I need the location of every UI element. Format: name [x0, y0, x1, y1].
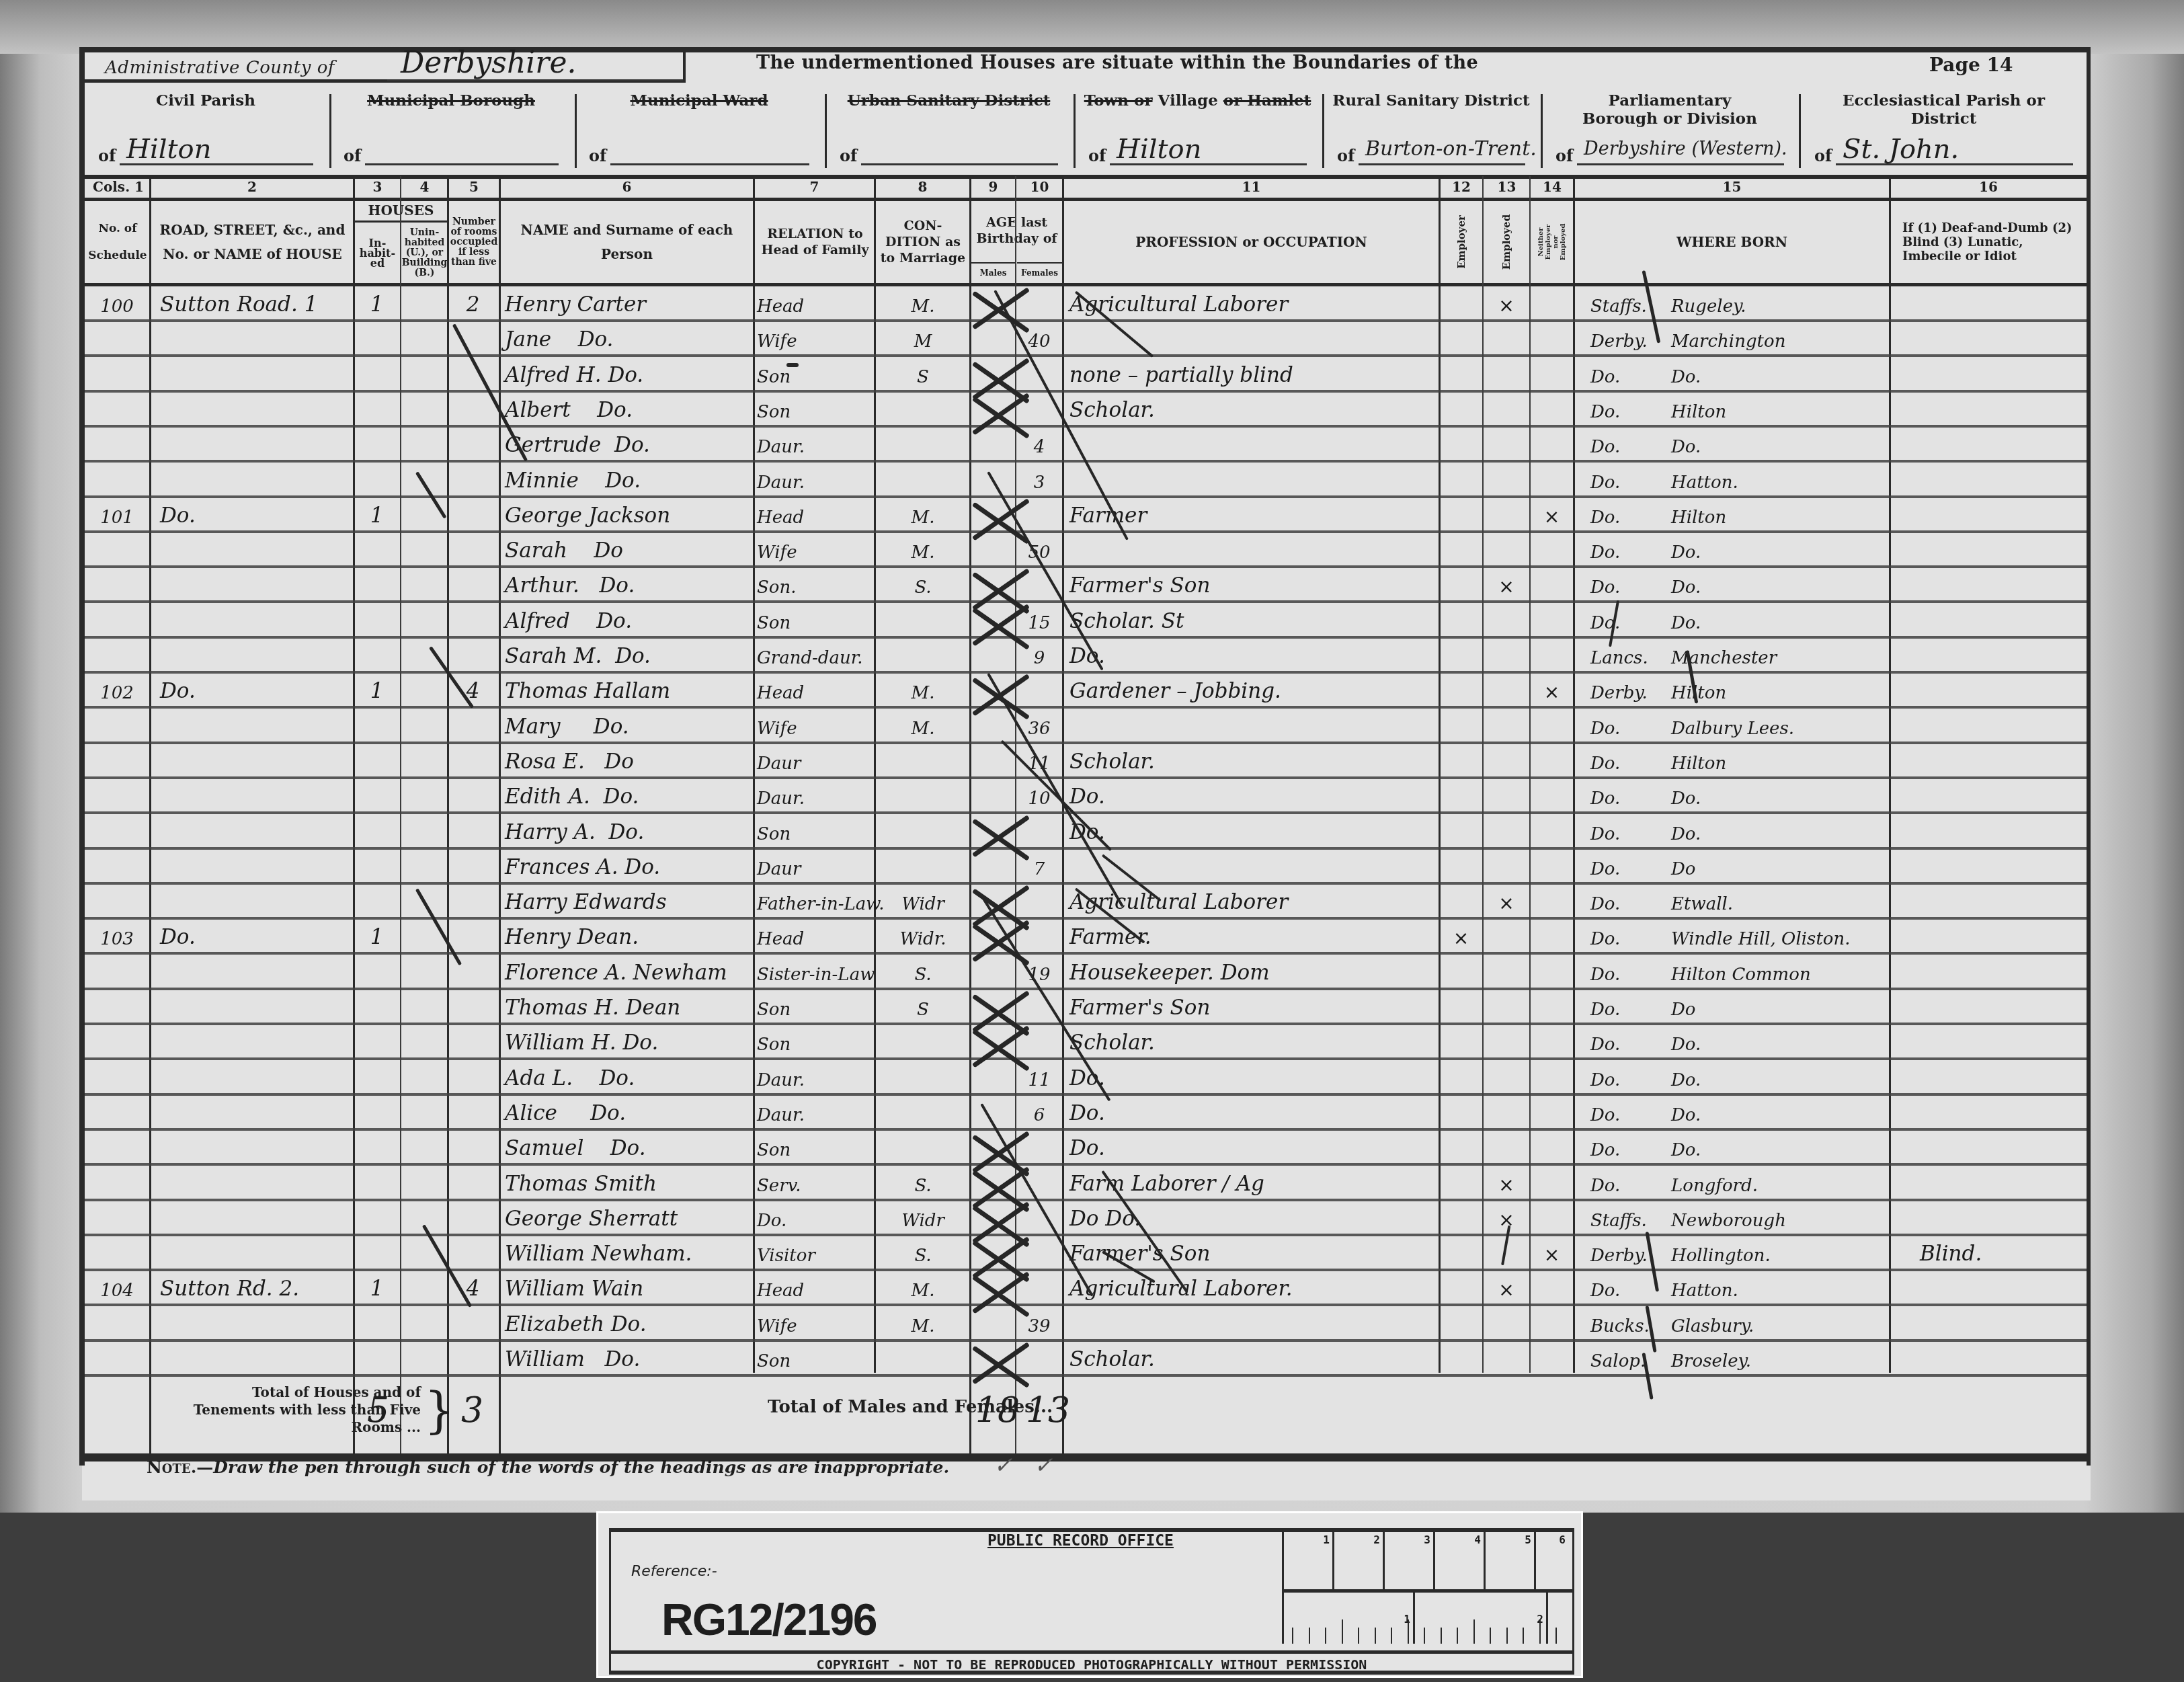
- cell-neither: [1531, 1201, 1573, 1235]
- cell-neither: [1531, 709, 1573, 743]
- cell-uninhabited: [400, 393, 447, 426]
- cell-condition: M.: [877, 1307, 969, 1340]
- cell-road: [156, 1201, 358, 1235]
- district-civil-parish: Civil Parish of Hilton: [85, 82, 327, 175]
- header-name: NAME and Surname of each Person: [511, 202, 743, 282]
- header-uninhabited: Unin-habited (U.), or Building (B.): [402, 223, 447, 282]
- cell-rooms: [447, 744, 499, 778]
- cell-neither: [1531, 568, 1573, 602]
- ruler-cell: 2: [1334, 1532, 1385, 1589]
- cell-neither: [1531, 287, 1573, 321]
- cell-condition: [877, 1342, 969, 1375]
- cell-schedule: [85, 358, 149, 391]
- cell-neither: [1531, 393, 1573, 426]
- district-value: Derbyshire (Western).: [1584, 134, 1787, 164]
- cell-employer: [1440, 1236, 1482, 1270]
- cell-inhabited: [354, 533, 400, 567]
- cell-employed: [1484, 393, 1529, 426]
- cell-infirmity: [1920, 604, 2081, 637]
- cell-employed: [1484, 709, 1529, 743]
- cell-condition: Widr: [877, 885, 969, 918]
- cell-occupation: Farmer: [1069, 498, 1436, 532]
- row-rule: [85, 1374, 2087, 1377]
- ruler-tick: [1490, 1628, 1491, 1644]
- cell-road: Do.: [156, 498, 358, 532]
- cell-employed: [1484, 1131, 1529, 1164]
- header-rule: [85, 283, 2087, 286]
- cell-uninhabited: [400, 533, 447, 567]
- cell-relation: Son: [757, 990, 877, 1024]
- cell-relation: Daur: [757, 850, 877, 883]
- cell-female-age: 3: [1016, 463, 1062, 497]
- cell-employer: [1440, 744, 1482, 778]
- district-value: St. John.: [1843, 134, 1959, 164]
- cell-condition: M: [877, 322, 969, 356]
- cell-employed: [1484, 815, 1529, 848]
- cell-road: Sutton Rd. 2.: [156, 1271, 358, 1305]
- cell-occupation: Do.: [1069, 1131, 1436, 1164]
- cell-name: George Sherratt: [505, 1201, 754, 1235]
- district-divider: [575, 94, 577, 168]
- cell-road: [156, 709, 358, 743]
- table-row: 104 Sutton Rd. 2. 1 4 William Wain Head …: [85, 1271, 2087, 1306]
- cell-employer: [1440, 604, 1482, 637]
- cell-uninhabited: [400, 850, 447, 883]
- col-num: 12: [1441, 179, 1482, 196]
- note-prefix: Note.—: [147, 1457, 213, 1477]
- cell-born-place: Hatton.: [1671, 1271, 1893, 1305]
- cell-employer: [1440, 358, 1482, 391]
- cell-occupation: none – partially blind: [1069, 358, 1436, 391]
- col-num: 10: [1017, 179, 1062, 196]
- cell-employer: ×: [1440, 920, 1482, 953]
- cell-relation: Son: [757, 358, 877, 391]
- cell-neither: [1531, 850, 1573, 883]
- cell-road: [156, 604, 358, 637]
- frame-right: [2087, 47, 2091, 1466]
- cell-condition: [877, 428, 969, 461]
- cell-relation: Son: [757, 1342, 877, 1375]
- cell-name: William H. Do.: [505, 1025, 754, 1059]
- cell-condition: [877, 1131, 969, 1164]
- cell-infirmity: [1920, 990, 2081, 1024]
- cell-relation: Head: [757, 287, 877, 321]
- header-rooms: Number of rooms occupied if less than fi…: [449, 202, 499, 282]
- table-row: Thomas H. Dean Son S Farmer's Son Do. Do: [85, 990, 2087, 1025]
- district-town-village: Town or Village or Hamlet of Hilton: [1075, 82, 1320, 175]
- ruler-tick: [1408, 1619, 1409, 1644]
- cell-neither: [1531, 990, 1573, 1024]
- cell-born-place: Marchington: [1671, 322, 1893, 356]
- cell-born-county: Do.: [1590, 568, 1671, 602]
- cell-relation: Daur: [757, 744, 877, 778]
- reference-code: RG12/2196: [661, 1594, 877, 1645]
- cell-name: Rosa E. Do: [505, 744, 754, 778]
- table-row: 100 Sutton Road. 1 1 2 Henry Carter Head…: [85, 287, 2087, 322]
- cell-employed: [1484, 744, 1529, 778]
- boundaries-title: The undermentioned Houses are situate wi…: [756, 52, 1478, 73]
- cell-inhabited: [354, 850, 400, 883]
- cell-condition: S: [877, 358, 969, 391]
- cell-uninhabited: [400, 1061, 447, 1094]
- ruler-cell: 6: [1536, 1532, 1572, 1589]
- cell-name: Henry Dean.: [505, 920, 754, 953]
- cell-occupation: Housekeeper. Dom: [1069, 955, 1436, 989]
- cell-rooms: [447, 533, 499, 567]
- district-label: Civil Parish: [85, 91, 327, 110]
- header-employer: Employer: [1441, 202, 1482, 282]
- check-mark-icon: ✓: [994, 1452, 1013, 1479]
- cell-employed: [1484, 428, 1529, 461]
- cell-neither: ×: [1531, 1236, 1573, 1270]
- cell-male-age: [971, 779, 1015, 813]
- cell-rooms: [447, 639, 499, 672]
- cell-born-county: Do.: [1590, 779, 1671, 813]
- cell-born-place: Do.: [1671, 815, 1893, 848]
- header-neither: Neither Employer nor Employed: [1531, 202, 1573, 282]
- district-value: Hilton: [126, 134, 211, 164]
- cell-born-county: Do.: [1590, 850, 1671, 883]
- ruler-num: 4: [1474, 1533, 1481, 1546]
- cell-employed: ×: [1484, 1271, 1529, 1305]
- col-num: 8: [876, 179, 969, 196]
- cell-infirmity: [1920, 463, 2081, 497]
- cell-inhabited: [354, 322, 400, 356]
- cell-occupation: [1069, 428, 1436, 461]
- header-condition: CON-DITION as to Marriage: [878, 202, 968, 282]
- cell-uninhabited: [400, 568, 447, 602]
- cell-employer: [1440, 674, 1482, 707]
- cell-condition: [877, 639, 969, 672]
- col-num: 11: [1064, 179, 1439, 196]
- cell-employer: [1440, 463, 1482, 497]
- cell-road: [156, 1096, 358, 1129]
- cell-occupation: Do.: [1069, 815, 1436, 848]
- cell-born-place: Hilton: [1671, 498, 1893, 532]
- ruler-tick: [1358, 1628, 1359, 1644]
- cell-uninhabited: [400, 428, 447, 461]
- cell-infirmity: [1920, 1025, 2081, 1059]
- cell-inhabited: 1: [354, 674, 400, 707]
- col-num: 4: [402, 179, 447, 196]
- table-row: Frances A. Do. Daur 7 Do. Do: [85, 850, 2087, 885]
- cell-occupation: Farm Laborer / Ag: [1069, 1166, 1436, 1200]
- cell-schedule: 102: [85, 674, 149, 707]
- page-number: Page 14: [1929, 54, 2013, 76]
- cell-born-county: Do.: [1590, 358, 1671, 391]
- district-divider: [1322, 94, 1324, 168]
- cell-infirmity: [1920, 287, 2081, 321]
- cell-relation: Wife: [757, 1307, 877, 1340]
- cell-inhabited: [354, 639, 400, 672]
- cell-rooms: [447, 1236, 499, 1270]
- cell-name: Sarah Do: [505, 533, 754, 567]
- cell-inhabited: [354, 1236, 400, 1270]
- cell-schedule: [85, 1096, 149, 1129]
- scan-shadow: [0, 0, 2184, 54]
- cell-occupation: Scholar.: [1069, 393, 1436, 426]
- cell-uninhabited: [400, 709, 447, 743]
- cell-relation: Son: [757, 604, 877, 637]
- cell-name: Ada L. Do.: [505, 1061, 754, 1094]
- cell-born-place: Do.: [1671, 1131, 1893, 1164]
- cell-employed: [1484, 1061, 1529, 1094]
- cell-born-place: Do.: [1671, 428, 1893, 461]
- cell-condition: M.: [877, 674, 969, 707]
- cell-inhabited: [354, 393, 400, 426]
- district-value: Burton-on-Trent.: [1365, 134, 1537, 164]
- cell-occupation: [1069, 322, 1436, 356]
- cell-infirmity: [1920, 1166, 2081, 1200]
- cell-rooms: [447, 955, 499, 989]
- cell-inhabited: [354, 604, 400, 637]
- cell-condition: S.: [877, 568, 969, 602]
- cell-employed: [1484, 533, 1529, 567]
- cell-road: [156, 463, 358, 497]
- cell-rooms: [447, 1061, 499, 1094]
- cell-uninhabited: [400, 674, 447, 707]
- cell-schedule: [85, 1061, 149, 1094]
- cell-name: Mary Do.: [505, 709, 754, 743]
- cell-infirmity: [1920, 709, 2081, 743]
- cell-occupation: Do.: [1069, 1061, 1436, 1094]
- cell-condition: [877, 1061, 969, 1094]
- cell-schedule: [85, 815, 149, 848]
- table-row: William H. Do. Son Scholar. Do. Do.: [85, 1025, 2087, 1060]
- note-text: Draw the pen through such of the words o…: [213, 1457, 949, 1477]
- cell-rooms: [447, 990, 499, 1024]
- cell-relation: Son: [757, 815, 877, 848]
- cell-relation: Grand-daur.: [757, 639, 877, 672]
- cell-inhabited: [354, 568, 400, 602]
- cell-rooms: [447, 1201, 499, 1235]
- cell-inhabited: [354, 1342, 400, 1375]
- col-num: 16: [1891, 179, 2086, 196]
- table-row: Alice Do. Daur. 6 Do. Do. Do.: [85, 1096, 2087, 1131]
- cell-road: [156, 1131, 358, 1164]
- district-divider: [1799, 94, 1801, 168]
- cell-born-place: Rugeley.: [1671, 287, 1893, 321]
- col-num: 15: [1575, 179, 1889, 196]
- cell-occupation: [1069, 1307, 1436, 1340]
- cell-occupation: [1069, 850, 1436, 883]
- cell-road: [156, 533, 358, 567]
- totals-females: 13: [1026, 1390, 1070, 1431]
- cell-inhabited: [354, 1096, 400, 1129]
- cell-occupation: Agricultural Laborer: [1069, 287, 1436, 321]
- cell-occupation: Scholar.: [1069, 1025, 1436, 1059]
- ruler-tick: [1309, 1628, 1310, 1644]
- cell-schedule: 103: [85, 920, 149, 953]
- village-label: Village: [1158, 91, 1218, 110]
- ruler-num: 1: [1323, 1533, 1330, 1546]
- cell-infirmity: [1920, 1271, 2081, 1305]
- cell-rooms: [447, 815, 499, 848]
- cell-employed: [1484, 955, 1529, 989]
- cell-neither: ×: [1531, 674, 1573, 707]
- cell-infirmity: [1920, 1201, 2081, 1235]
- cell-employer: [1440, 393, 1482, 426]
- cell-employer: [1440, 1061, 1482, 1094]
- cell-born-county: Do.: [1590, 1131, 1671, 1164]
- ruler-tick: [1292, 1628, 1293, 1644]
- cell-born-place: Hilton: [1671, 393, 1893, 426]
- cell-born-county: Do.: [1590, 1096, 1671, 1129]
- col-num: Cols. 1: [87, 179, 149, 196]
- reference-prefix: Reference:-: [631, 1563, 717, 1580]
- cell-born-county: Do.: [1590, 1271, 1671, 1305]
- cell-born-county: Do.: [1590, 1025, 1671, 1059]
- cell-name: Thomas Hallam: [505, 674, 754, 707]
- cell-employer: [1440, 1201, 1482, 1235]
- cell-inhabited: [354, 1166, 400, 1200]
- cell-infirmity: [1920, 885, 2081, 918]
- cell-inhabited: 1: [354, 287, 400, 321]
- cell-born-county: Salop.: [1590, 1342, 1671, 1375]
- cell-born-place: Do: [1671, 990, 1893, 1024]
- cell-condition: [877, 1025, 969, 1059]
- cell-condition: S.: [877, 955, 969, 989]
- cell-relation: Daur.: [757, 779, 877, 813]
- cell-born-place: Dalbury Lees.: [1671, 709, 1893, 743]
- cell-employed: ×: [1484, 287, 1529, 321]
- table-row: William Newham. Visitor S. Farmer's Son …: [85, 1236, 2087, 1271]
- ruler-tick: [1325, 1628, 1326, 1644]
- table-row: Florence A. Newham Sister-in-Law S. 19 H…: [85, 955, 2087, 990]
- cell-employer: [1440, 815, 1482, 848]
- cell-neither: [1531, 1342, 1573, 1375]
- cell-infirmity: [1920, 920, 2081, 953]
- cell-uninhabited: [400, 1271, 447, 1305]
- cell-condition: [877, 815, 969, 848]
- cell-relation: Wife: [757, 533, 877, 567]
- cell-born-place: Newborough: [1671, 1201, 1893, 1235]
- cell-name: Albert Do.: [505, 393, 754, 426]
- cell-born-county: Do.: [1590, 815, 1671, 848]
- cell-uninhabited: [400, 1342, 447, 1375]
- district-municipal-ward: Municipal Ward of: [575, 82, 823, 175]
- cell-born-county: Do.: [1590, 1166, 1671, 1200]
- cell-road: [156, 850, 358, 883]
- district-row: Civil Parish of Hilton Municipal Borough…: [85, 82, 2087, 179]
- cell-neither: [1531, 322, 1573, 356]
- of-label: of: [98, 146, 116, 165]
- cell-road: [156, 1236, 358, 1270]
- table-row: Edith A. Do. Daur. 10 Do. Do. Do.: [85, 779, 2087, 814]
- cell-road: [156, 428, 358, 461]
- cell-condition: Widr: [877, 1201, 969, 1235]
- cell-name: William Newham.: [505, 1236, 754, 1270]
- cell-occupation: Do.: [1069, 779, 1436, 813]
- cell-road: [156, 322, 358, 356]
- col-num: 2: [151, 179, 353, 196]
- col-num: 14: [1531, 179, 1573, 196]
- cell-rooms: [447, 885, 499, 918]
- cell-infirmity: [1920, 744, 2081, 778]
- cell-born-place: Do.: [1671, 1025, 1893, 1059]
- cell-name: Elizabeth Do.: [505, 1307, 754, 1340]
- cell-born-county: Do.: [1590, 604, 1671, 637]
- cell-born-county: Do.: [1590, 885, 1671, 918]
- cell-road: [156, 639, 358, 672]
- cell-infirmity: Blind.: [1920, 1236, 2081, 1270]
- cell-name: Thomas H. Dean: [505, 990, 754, 1024]
- cell-condition: Widr.: [877, 920, 969, 953]
- ruler-inch: 1: [1284, 1593, 1415, 1644]
- table-row: Jane Do. Wife M 40 Derby. Marchington: [85, 322, 2087, 357]
- cell-employer: [1440, 1025, 1482, 1059]
- cell-inhabited: [354, 428, 400, 461]
- cell-occupation: Do Do.: [1069, 1201, 1436, 1235]
- cell-born-place: Hilton Common: [1671, 955, 1893, 989]
- cell-employed: [1484, 463, 1529, 497]
- cell-uninhabited: [400, 1166, 447, 1200]
- cell-condition: S.: [877, 1166, 969, 1200]
- cell-name: Florence A. Newham: [505, 955, 754, 989]
- cell-condition: M.: [877, 1271, 969, 1305]
- cell-condition: [877, 744, 969, 778]
- cell-road: Sutton Road. 1: [156, 287, 358, 321]
- cell-rooms: [447, 1025, 499, 1059]
- cell-infirmity: [1920, 1131, 2081, 1164]
- cell-neither: [1531, 358, 1573, 391]
- district-label: Town or Village or Hamlet: [1075, 91, 1320, 110]
- cell-name: Minnie Do.: [505, 463, 754, 497]
- cell-relation: Head: [757, 498, 877, 532]
- cell-neither: [1531, 533, 1573, 567]
- cell-employer: [1440, 955, 1482, 989]
- district-ecclesiastical: Ecclesiastical Parish or District of St.…: [1801, 82, 2087, 175]
- cell-neither: [1531, 885, 1573, 918]
- col-num: 13: [1484, 179, 1529, 196]
- table-row: Sarah Do Wife M. 50 Do. Do.: [85, 533, 2087, 568]
- header-females: Females: [1017, 262, 1062, 282]
- table-row: Rosa E. Do Daur 11 Scholar. Do. Hilton: [85, 744, 2087, 779]
- header-inhabited: In-habit-ed: [355, 223, 400, 282]
- cell-rooms: [447, 498, 499, 532]
- district-urban-sanitary: Urban Sanitary District of: [826, 82, 1071, 175]
- cell-employed: [1484, 674, 1529, 707]
- cell-schedule: [85, 850, 149, 883]
- cell-relation: Head: [757, 674, 877, 707]
- cell-neither: [1531, 1025, 1573, 1059]
- cell-uninhabited: [400, 287, 447, 321]
- cell-employed: [1484, 1307, 1529, 1340]
- cell-schedule: [85, 885, 149, 918]
- cell-infirmity: [1920, 428, 2081, 461]
- cell-infirmity: [1920, 1342, 2081, 1375]
- cell-occupation: Scholar.: [1069, 744, 1436, 778]
- fill-line: [365, 130, 559, 165]
- cell-employer: [1440, 428, 1482, 461]
- cell-born-county: Do.: [1590, 1061, 1671, 1094]
- cell-name: Gertrude Do.: [505, 428, 754, 461]
- cell-born-place: Do.: [1671, 779, 1893, 813]
- cell-neither: ×: [1531, 498, 1573, 532]
- cell-neither: [1531, 1131, 1573, 1164]
- cell-road: [156, 885, 358, 918]
- cell-road: [156, 568, 358, 602]
- reference-frame: PUBLIC RECORD OFFICE Reference:- RG12/21…: [609, 1528, 1574, 1675]
- cell-road: [156, 1025, 358, 1059]
- cell-born-county: Do.: [1590, 744, 1671, 778]
- cell-condition: M.: [877, 498, 969, 532]
- cell-employed: [1484, 498, 1529, 532]
- cell-inhabited: [354, 779, 400, 813]
- cell-born-county: Do.: [1590, 498, 1671, 532]
- cell-inhabited: 1: [354, 1271, 400, 1305]
- cell-born-county: Do.: [1590, 990, 1671, 1024]
